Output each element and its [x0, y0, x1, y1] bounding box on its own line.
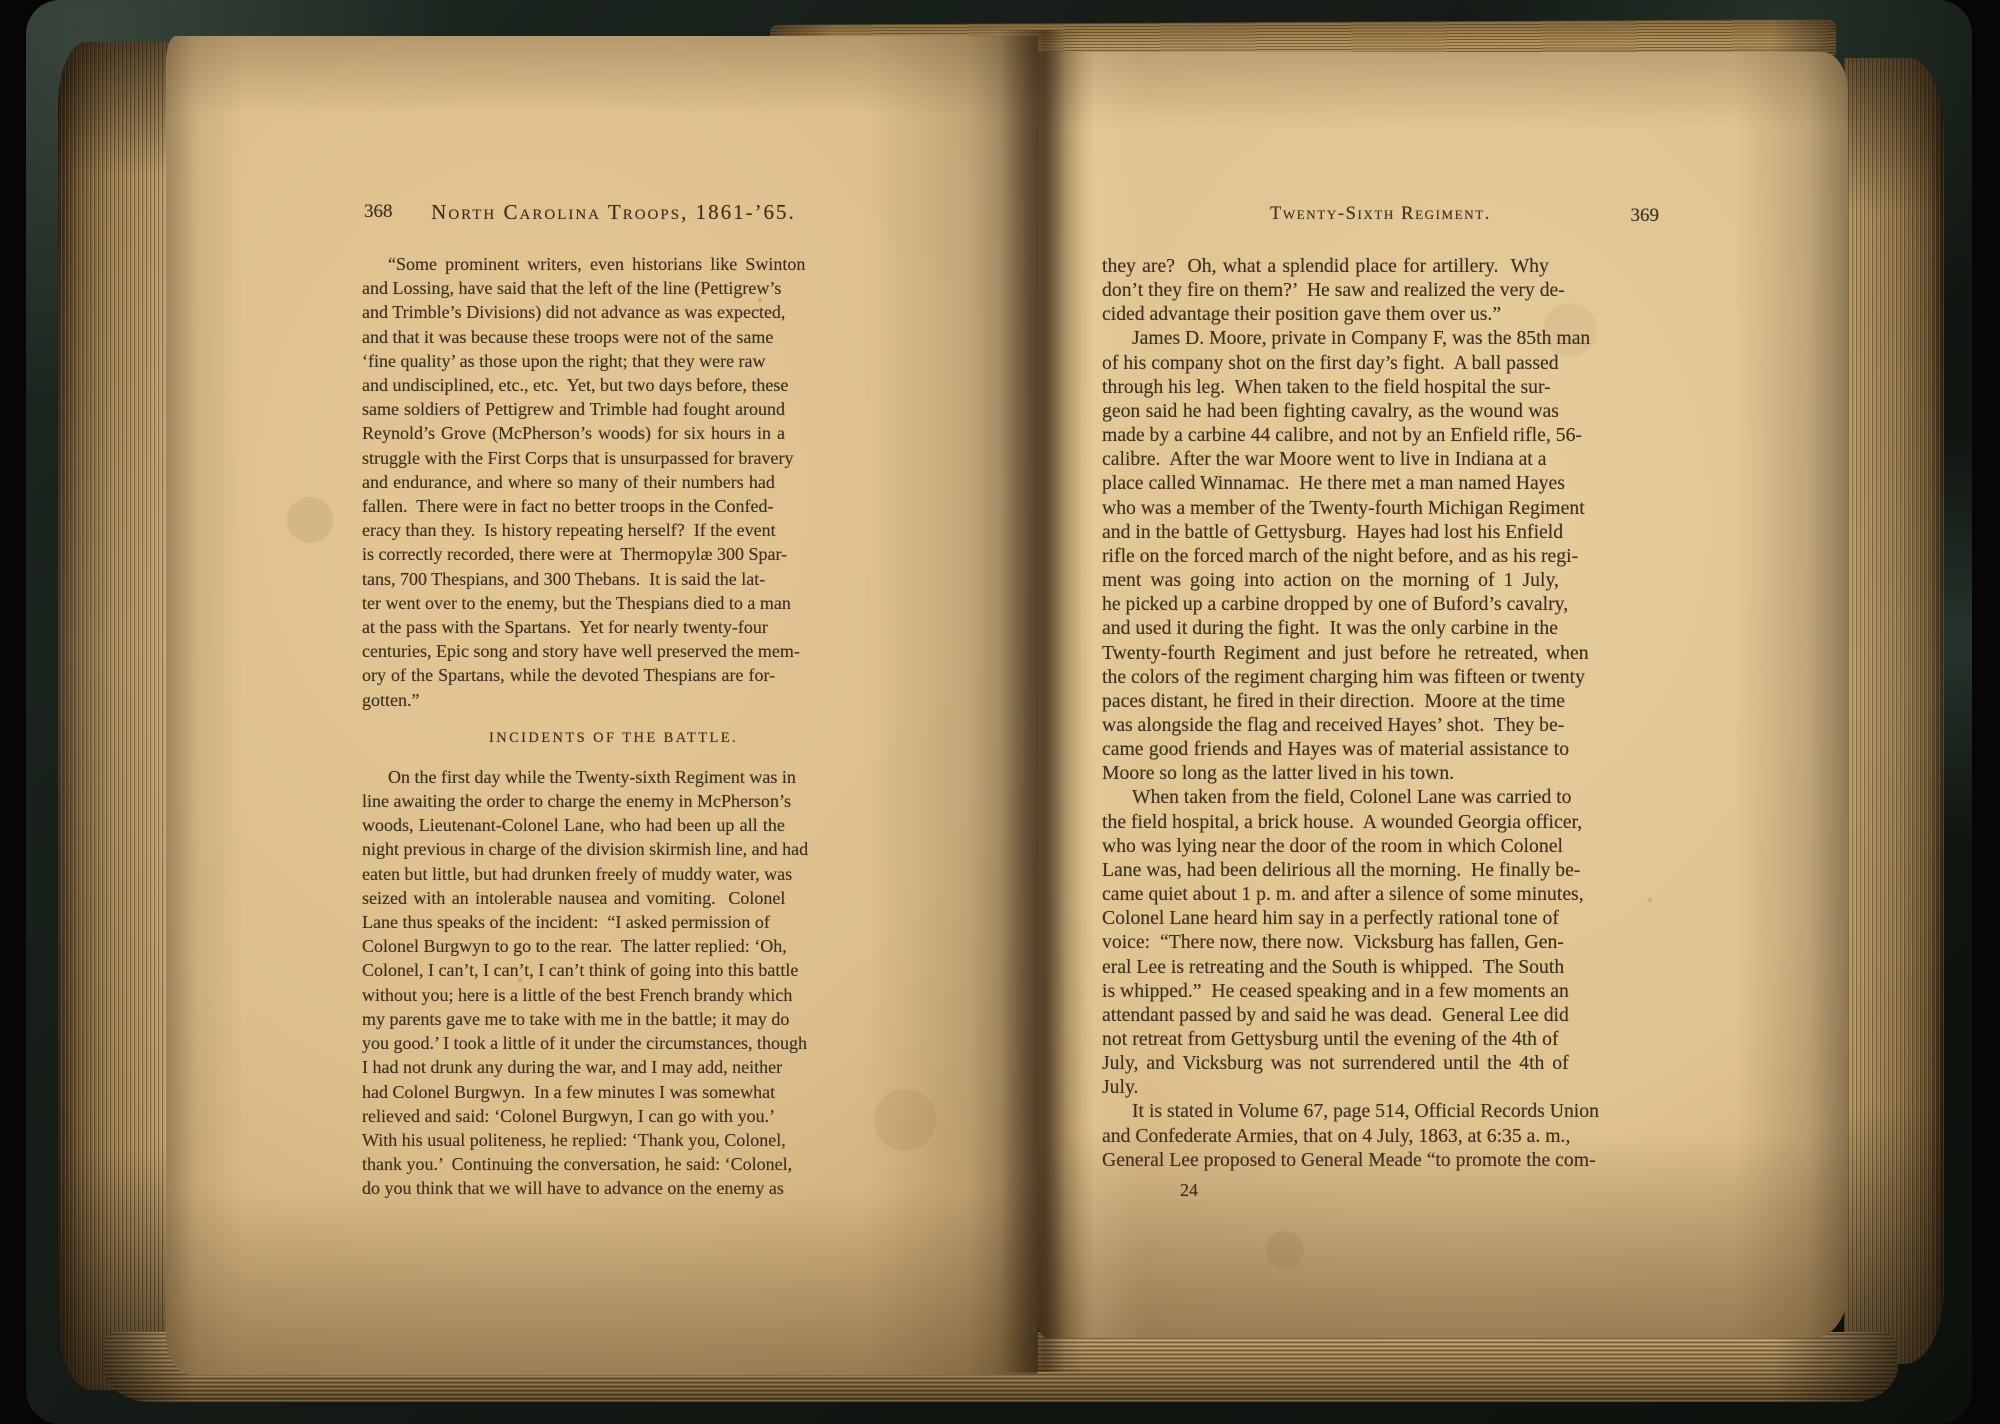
text-line-content: they are? Oh, what a splendid place for … — [1102, 255, 1549, 277]
text-line-content: and used it during the fight. It was the… — [1102, 617, 1558, 639]
text-line-content: ory of the Spartans, while the devoted T… — [362, 665, 775, 685]
text-line: fallen. There were in fact no better tro… — [362, 494, 865, 518]
text-line-content: James D. Moore, private in Company F, wa… — [1102, 327, 1590, 349]
text-line-content: tans, 700 Thespians, and 300 Thebans. It… — [362, 569, 765, 589]
text-line-content: With his usual politeness, he replied: ‘… — [362, 1130, 786, 1150]
text-line-content: It is stated in Volume 67, page 514, Off… — [1102, 1100, 1599, 1122]
text-line-content: Reynold’s Grove (McPherson’s woods) for … — [362, 423, 785, 443]
text-line-content: and endurance, and where so many of thei… — [362, 472, 775, 492]
text-line: eracy than they. Is history repeating he… — [362, 518, 865, 542]
text-line-content: came good friends and Hayes was of mater… — [1102, 738, 1569, 760]
text-line: and Lossing, have said that the left of … — [362, 276, 865, 300]
paragraph: It is stated in Volume 67, page 514, Off… — [1102, 1099, 1659, 1171]
text-line-content: Moore so long as the latter lived in his… — [1102, 762, 1454, 784]
text-line-content: the colors of the regiment charging him … — [1102, 666, 1585, 688]
text-line: place called Winnamac. He there met a ma… — [1102, 471, 1659, 495]
text-line-content: relieved and said: ‘Colonel Burgwyn, I c… — [362, 1106, 775, 1126]
page-edges-right — [1844, 58, 1944, 1364]
text-line: Colonel, I can’t, I can’t, I can’t think… — [362, 958, 865, 982]
text-line-content: July, and Vicksburg was not surrendered … — [1102, 1052, 1569, 1074]
text-line: Moore so long as the latter lived in his… — [1102, 761, 1659, 785]
text-line: do you think that we will have to advanc… — [362, 1176, 865, 1200]
text-line: the field hospital, a brick house. A wou… — [1102, 810, 1659, 834]
text-line: not retreat from Gettysburg until the ev… — [1102, 1027, 1659, 1051]
text-line-content: thank you.’ Continuing the conversation,… — [362, 1154, 792, 1174]
text-line: James D. Moore, private in Company F, wa… — [1102, 326, 1659, 350]
text-line-content: attendant passed by and said he was dead… — [1102, 1004, 1569, 1026]
text-line: July. — [1102, 1075, 1659, 1099]
text-line-content: ‘fine quality’ as those upon the right; … — [362, 351, 766, 371]
right-running-title: Twenty-Sixth Regiment. — [1102, 204, 1659, 225]
text-line-content: place called Winnamac. He there met a ma… — [1102, 472, 1565, 494]
text-line: Lane was, had been delirious all the mor… — [1102, 858, 1659, 882]
text-line-content: came quiet about 1 p. m. and after a sil… — [1102, 883, 1584, 905]
text-line: Colonel Lane heard him say in a perfectl… — [1102, 906, 1659, 930]
text-line: came good friends and Hayes was of mater… — [1102, 737, 1659, 761]
text-line-content: woods, Lieutenant-Colonel Lane, who had … — [362, 815, 785, 835]
text-line: of his company shot on the first day’s f… — [1102, 351, 1659, 375]
left-page-header: 368 North Carolina Troops, 1861-’65. — [362, 200, 865, 225]
gutter-shadow — [1000, 30, 1084, 1372]
page-edges-left — [58, 42, 176, 1390]
text-line-content: the field hospital, a brick house. A wou… — [1102, 811, 1582, 833]
text-line: who was a member of the Twenty-fourth Mi… — [1102, 496, 1659, 520]
text-line: Lane thus speaks of the incident: “I ask… — [362, 910, 865, 934]
text-line-content: through his leg. When taken to the field… — [1102, 376, 1551, 398]
text-line-content: line awaiting the order to charge the en… — [362, 791, 791, 811]
text-line-content: General Lee proposed to General Meade “t… — [1102, 1149, 1596, 1171]
text-line: and that it was because these troops wer… — [362, 325, 865, 349]
left-page-number: 368 — [364, 201, 393, 223]
text-line-content: July. — [1102, 1076, 1138, 1098]
text-line: eaten but little, but had drunken freely… — [362, 862, 865, 886]
text-line: without you; here is a little of the bes… — [362, 983, 865, 1007]
text-line-content: made by a carbine 44 calibre, and not by… — [1102, 424, 1582, 446]
text-line: ter went over to the enemy, but the Thes… — [362, 591, 865, 615]
text-line-content: my parents gave me to take with me in th… — [362, 1009, 789, 1029]
text-line: It is stated in Volume 67, page 514, Off… — [1102, 1099, 1659, 1123]
text-line-content: Colonel, I can’t, I can’t, I can’t think… — [362, 960, 798, 980]
text-line-content: Twenty-fourth Regiment and just before h… — [1102, 642, 1589, 664]
text-line: With his usual politeness, he replied: ‘… — [362, 1128, 865, 1152]
text-line-content: do you think that we will have to advanc… — [362, 1178, 784, 1198]
text-line-content: centuries, Epic song and story have well… — [362, 641, 800, 661]
text-line-content: is correctly recorded, there were at The… — [362, 544, 787, 564]
text-line: Reynold’s Grove (McPherson’s woods) for … — [362, 421, 865, 445]
text-line: July, and Vicksburg was not surrendered … — [1102, 1051, 1659, 1075]
text-line-content: ter went over to the enemy, but the Thes… — [362, 593, 791, 613]
text-line-content: cided advantage their position gave them… — [1102, 303, 1501, 325]
text-line-content: had Colonel Burgwyn. In a few minutes I … — [362, 1082, 775, 1102]
text-line-content: of his company shot on the first day’s f… — [1102, 352, 1559, 374]
text-line: was alongside the flag and received Haye… — [1102, 713, 1659, 737]
text-line-content: seized with an intolerable nausea and vo… — [362, 888, 785, 908]
text-line: calibre. After the war Moore went to liv… — [1102, 447, 1659, 471]
text-line-content: Lane thus speaks of the incident: “I ask… — [362, 912, 770, 932]
section-heading: INCIDENTS OF THE BATTLE. — [362, 727, 865, 749]
text-line: the colors of the regiment charging him … — [1102, 665, 1659, 689]
text-line-content: and that it was because these troops wer… — [362, 327, 773, 347]
text-line: and in the battle of Gettysburg. Hayes h… — [1102, 520, 1659, 544]
text-line: and used it during the fight. It was the… — [1102, 616, 1659, 640]
text-line: relieved and said: ‘Colonel Burgwyn, I c… — [362, 1104, 865, 1128]
text-line-content: On the first day while the Twenty-sixth … — [362, 767, 796, 787]
paragraph: When taken from the field, Colonel Lane … — [1102, 785, 1659, 1099]
book-photo: 368 North Carolina Troops, 1861-’65. Twe… — [0, 0, 2000, 1424]
text-line-content: at the pass with the Spartans. Yet for n… — [362, 617, 768, 637]
text-line-content: fallen. There were in fact no better tro… — [362, 496, 774, 516]
text-line-content: gotten.” — [362, 690, 419, 710]
text-line-content: don’t they fire on them?’ He saw and rea… — [1102, 279, 1565, 301]
left-page-text: “Some prominent writers, even historians… — [362, 252, 865, 1201]
text-line: and undisciplined, etc., etc. Yet, but t… — [362, 373, 865, 397]
text-line: ment was going into action on the mornin… — [1102, 568, 1659, 592]
text-line-content: rifle on the forced march of the night b… — [1102, 545, 1578, 567]
text-line-content: calibre. After the war Moore went to liv… — [1102, 448, 1546, 470]
text-line: cided advantage their position gave them… — [1102, 302, 1659, 326]
text-line: seized with an intolerable nausea and vo… — [362, 886, 865, 910]
text-line-content: and Trimble’s Divisions) did not advance… — [362, 302, 785, 322]
text-line-content: I had not drunk any during the war, and … — [362, 1057, 782, 1077]
text-line-content: eracy than they. Is history repeating he… — [362, 520, 776, 540]
text-line: gotten.” — [362, 688, 865, 712]
text-line: same soldiers of Pettigrew and Trimble h… — [362, 397, 865, 421]
right-page-number: 369 — [1631, 205, 1660, 227]
right-page-text: they are? Oh, what a splendid place for … — [1102, 254, 1659, 1172]
text-line: he picked up a carbine dropped by one of… — [1102, 592, 1659, 616]
text-line: is correctly recorded, there were at The… — [362, 542, 865, 566]
text-line-content: Colonel Lane heard him say in a perfectl… — [1102, 907, 1559, 929]
text-line: On the first day while the Twenty-sixth … — [362, 765, 865, 789]
text-line-content: When taken from the field, Colonel Lane … — [1102, 786, 1572, 808]
text-line-content: without you; here is a little of the bes… — [362, 985, 792, 1005]
text-line-content: Colonel Burgwyn to go to the rear. The l… — [362, 936, 787, 956]
right-page-header: Twenty-Sixth Regiment. 369 — [1102, 204, 1659, 225]
text-line: struggle with the First Corps that is un… — [362, 446, 865, 470]
text-line: “Some prominent writers, even historians… — [362, 252, 865, 276]
text-line: my parents gave me to take with me in th… — [362, 1007, 865, 1031]
text-line: eral Lee is retreating and the South is … — [1102, 955, 1659, 979]
text-line-content: geon said he had been fighting cavalry, … — [1102, 400, 1559, 422]
text-line: through his leg. When taken to the field… — [1102, 375, 1659, 399]
text-line-content: and Confederate Armies, that on 4 July, … — [1102, 1125, 1570, 1147]
text-line: voice: “There now, there now. Vicksburg … — [1102, 930, 1659, 954]
text-line: General Lee proposed to General Meade “t… — [1102, 1148, 1659, 1172]
text-line: who was lying near the door of the room … — [1102, 834, 1659, 858]
text-line-content: you good.’ I took a little of it under t… — [362, 1033, 807, 1053]
text-line: and endurance, and where so many of thei… — [362, 470, 865, 494]
text-line-content: ment was going into action on the mornin… — [1102, 569, 1559, 591]
text-line: ‘fine quality’ as those upon the right; … — [362, 349, 865, 373]
text-line-content: not retreat from Gettysburg until the ev… — [1102, 1028, 1559, 1050]
text-line: attendant passed by and said he was dead… — [1102, 1003, 1659, 1027]
text-line-content: struggle with the First Corps that is un… — [362, 448, 793, 468]
text-line-content: Lane was, had been delirious all the mor… — [1102, 859, 1580, 881]
text-line: tans, 700 Thespians, and 300 Thebans. It… — [362, 567, 865, 591]
text-line-content: “Some prominent writers, even historians… — [362, 254, 805, 274]
text-line: ory of the Spartans, while the devoted T… — [362, 663, 865, 687]
text-line: made by a carbine 44 calibre, and not by… — [1102, 423, 1659, 447]
text-line: line awaiting the order to charge the en… — [362, 789, 865, 813]
paragraph: James D. Moore, private in Company F, wa… — [1102, 326, 1659, 785]
text-line: Colonel Burgwyn to go to the rear. The l… — [362, 934, 865, 958]
text-line: rifle on the forced march of the night b… — [1102, 544, 1659, 568]
text-line: they are? Oh, what a splendid place for … — [1102, 254, 1659, 278]
text-line-content: he picked up a carbine dropped by one of… — [1102, 593, 1568, 615]
text-line: centuries, Epic song and story have well… — [362, 639, 865, 663]
text-line: at the pass with the Spartans. Yet for n… — [362, 615, 865, 639]
text-line: came quiet about 1 p. m. and after a sil… — [1102, 882, 1659, 906]
left-running-title: North Carolina Troops, 1861-’65. — [362, 200, 865, 225]
paragraph: “Some prominent writers, even historians… — [362, 252, 865, 712]
text-line-content: is whipped.” He ceased speaking and in a… — [1102, 980, 1569, 1002]
text-line: night previous in charge of the division… — [362, 837, 865, 861]
text-line: you good.’ I took a little of it under t… — [362, 1031, 865, 1055]
text-line-content: eral Lee is retreating and the South is … — [1102, 956, 1564, 978]
text-line: Twenty-fourth Regiment and just before h… — [1102, 641, 1659, 665]
text-line: I had not drunk any during the war, and … — [362, 1055, 865, 1079]
text-line: don’t they fire on them?’ He saw and rea… — [1102, 278, 1659, 302]
text-line: geon said he had been fighting cavalry, … — [1102, 399, 1659, 423]
text-line-content: and Lossing, have said that the left of … — [362, 278, 781, 298]
text-line-content: voice: “There now, there now. Vicksburg … — [1102, 931, 1564, 953]
text-line-content: was alongside the flag and received Haye… — [1102, 714, 1564, 736]
text-line: thank you.’ Continuing the conversation,… — [362, 1152, 865, 1176]
signature-mark: 24 — [1180, 1180, 1198, 1201]
text-line: When taken from the field, Colonel Lane … — [1102, 785, 1659, 809]
paragraph: On the first day while the Twenty-sixth … — [362, 765, 865, 1201]
text-line: and Trimble’s Divisions) did not advance… — [362, 300, 865, 324]
text-line-content: who was a member of the Twenty-fourth Mi… — [1102, 497, 1585, 519]
text-line-content: night previous in charge of the division… — [362, 839, 808, 859]
text-line: woods, Lieutenant-Colonel Lane, who had … — [362, 813, 865, 837]
text-line: had Colonel Burgwyn. In a few minutes I … — [362, 1080, 865, 1104]
text-line: paces distant, he fired in their directi… — [1102, 689, 1659, 713]
paragraph: they are? Oh, what a splendid place for … — [1102, 254, 1659, 326]
text-line-content: and undisciplined, etc., etc. Yet, but t… — [362, 375, 788, 395]
text-line: is whipped.” He ceased speaking and in a… — [1102, 979, 1659, 1003]
text-line-content: and in the battle of Gettysburg. Hayes h… — [1102, 521, 1563, 543]
text-line-content: who was lying near the door of the room … — [1102, 835, 1563, 857]
text-line-content: paces distant, he fired in their directi… — [1102, 690, 1565, 712]
text-line-content: eaten but little, but had drunken freely… — [362, 864, 792, 884]
text-line-content: same soldiers of Pettigrew and Trimble h… — [362, 399, 785, 419]
text-line: and Confederate Armies, that on 4 July, … — [1102, 1124, 1659, 1148]
